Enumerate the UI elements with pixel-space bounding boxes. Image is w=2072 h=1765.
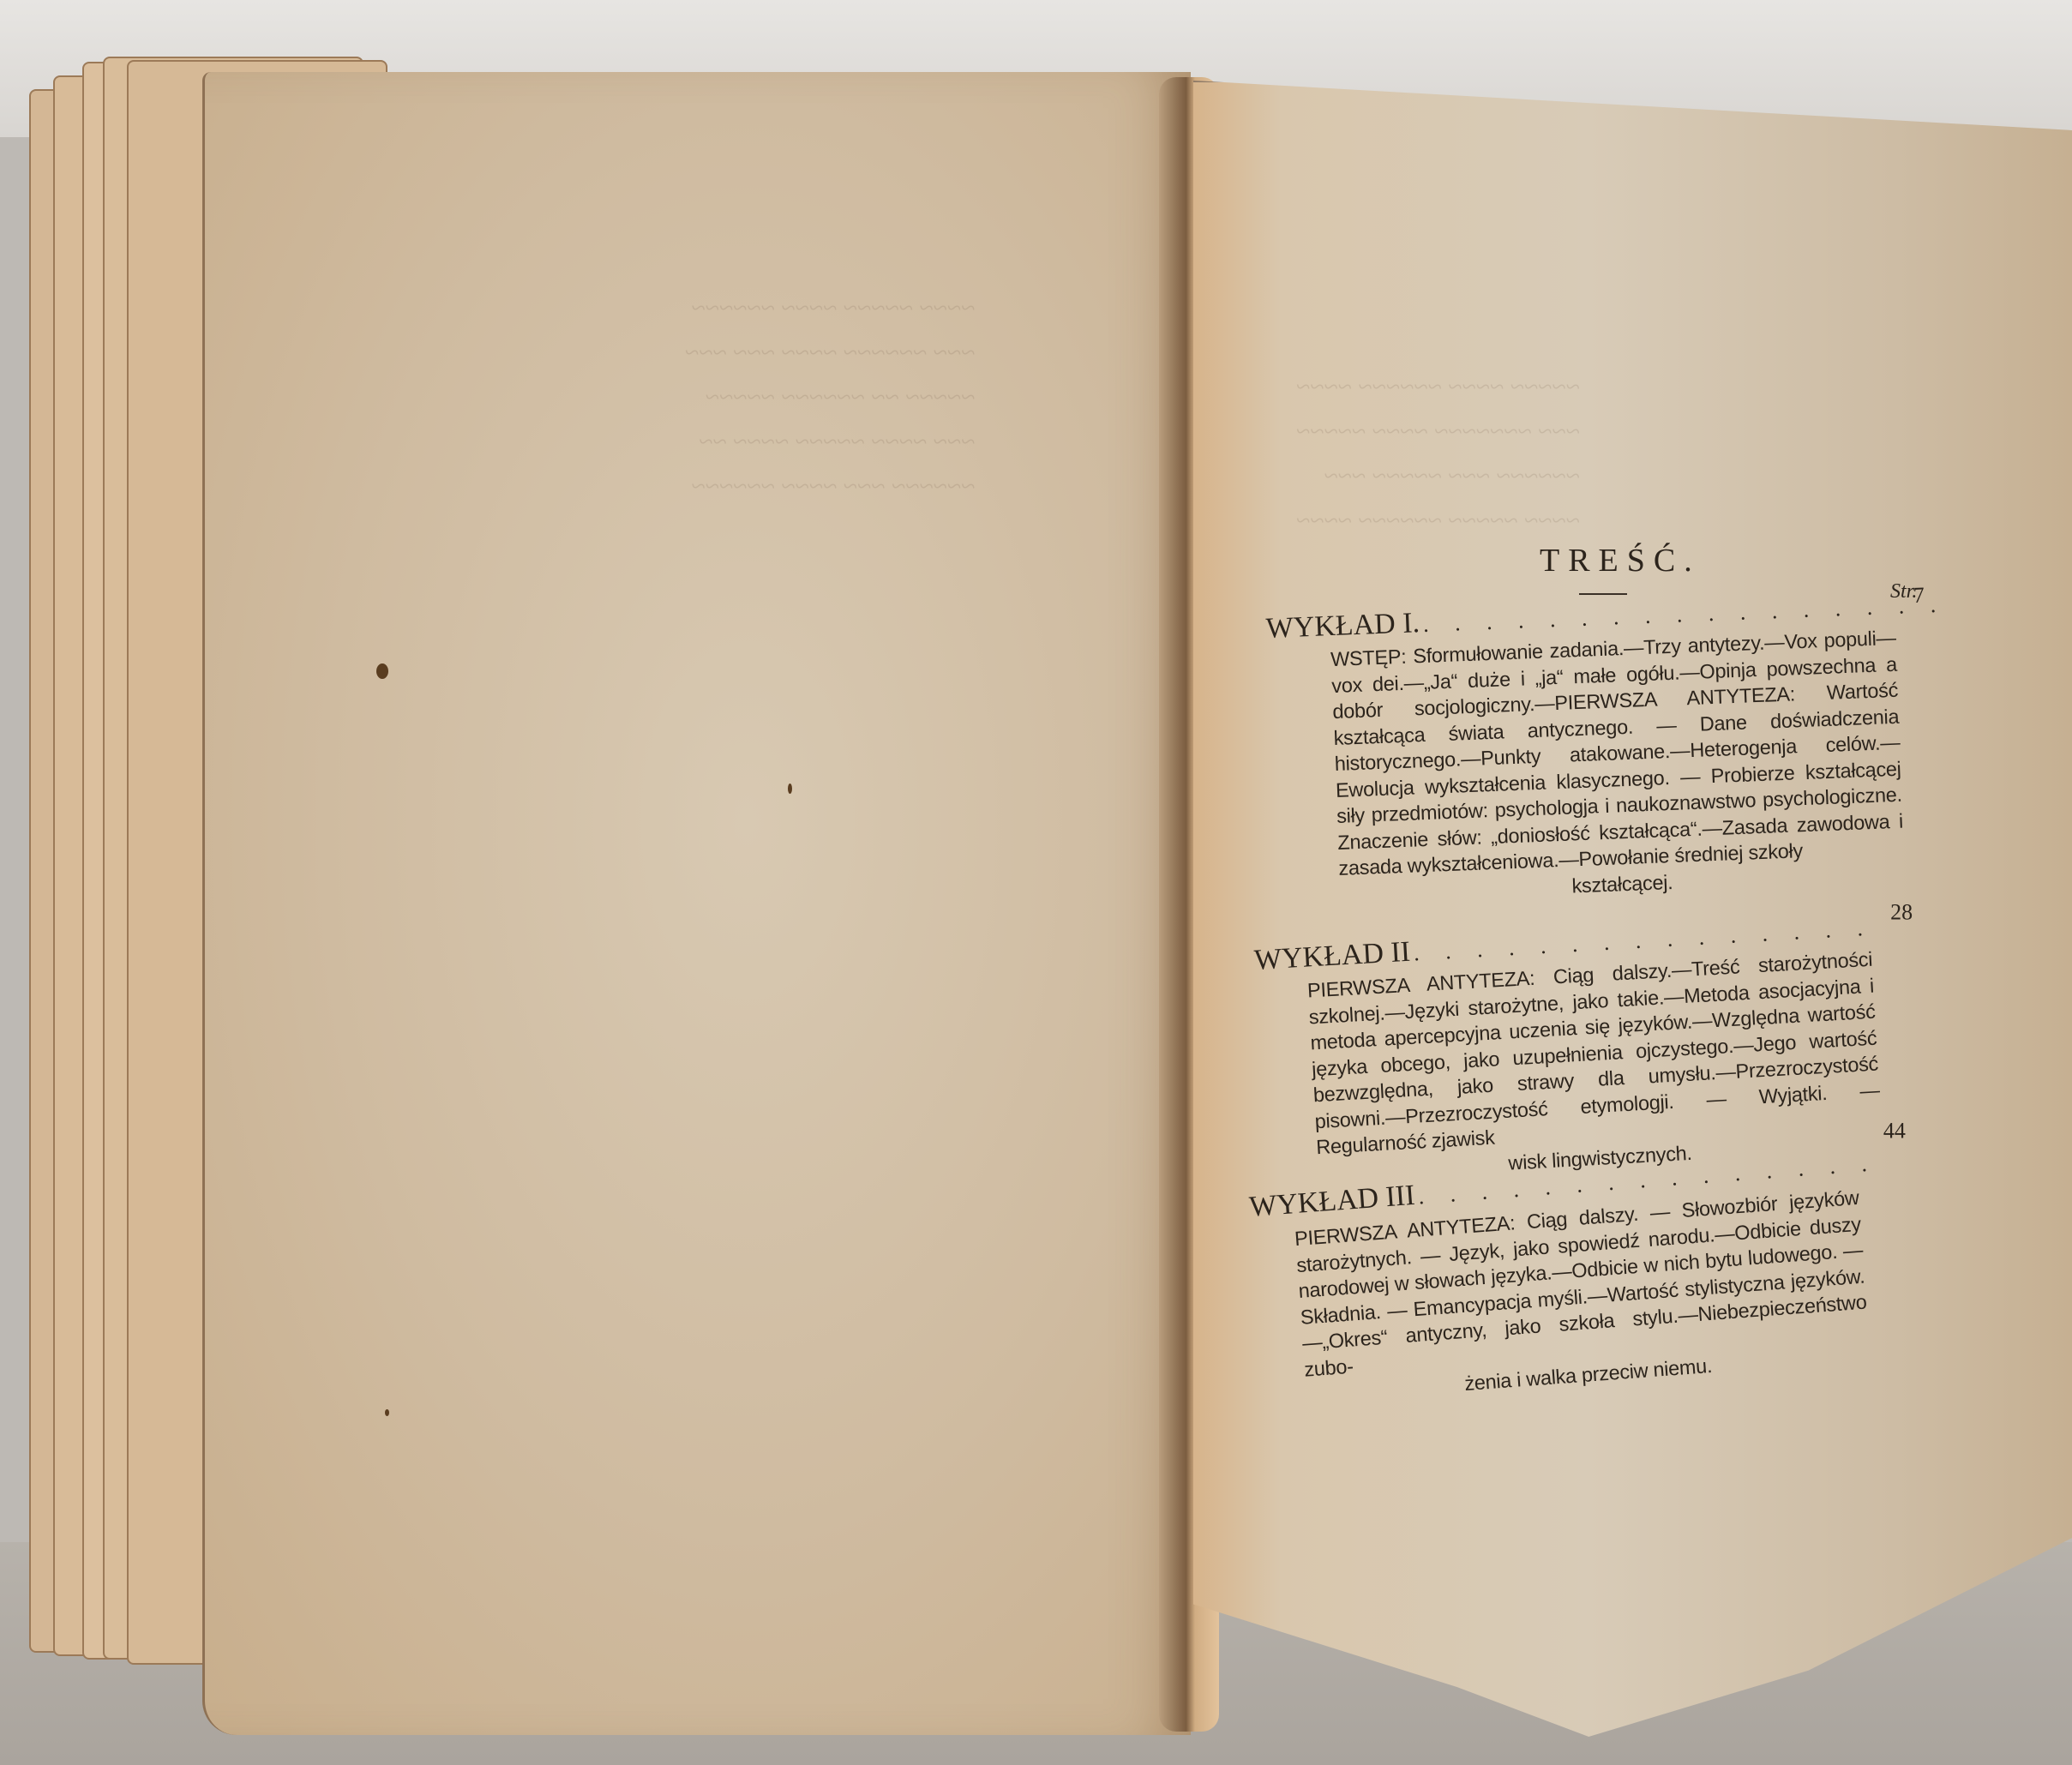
- entry-description: WSTĘP: Sformułowanie zadania.—Trzy antyt…: [1330, 627, 1904, 879]
- table-of-contents: TREŚĆ. Str. WYKŁAD I.. . . . . . . . . .…: [0, 0, 2072, 1765]
- entry-description: PIERWSZA ANTYTEZA: Ciąg dalszy.—Treść st…: [1306, 948, 1880, 1159]
- entry-heading: WYKŁAD I.: [1265, 607, 1420, 645]
- entry-page-number: 28: [1890, 900, 1913, 926]
- title-divider: [1579, 593, 1627, 595]
- toc-title: TREŚĆ.: [1540, 542, 1701, 579]
- entry-description-tail: żenia i walka przeciw niemu.: [1305, 1341, 1871, 1408]
- entry-heading: WYKŁAD II: [1253, 936, 1411, 976]
- entry-heading: WYKŁAD III: [1248, 1180, 1416, 1223]
- entry-page-number: 44: [1883, 1119, 1906, 1144]
- entry-page-number: 7: [1913, 582, 1925, 608]
